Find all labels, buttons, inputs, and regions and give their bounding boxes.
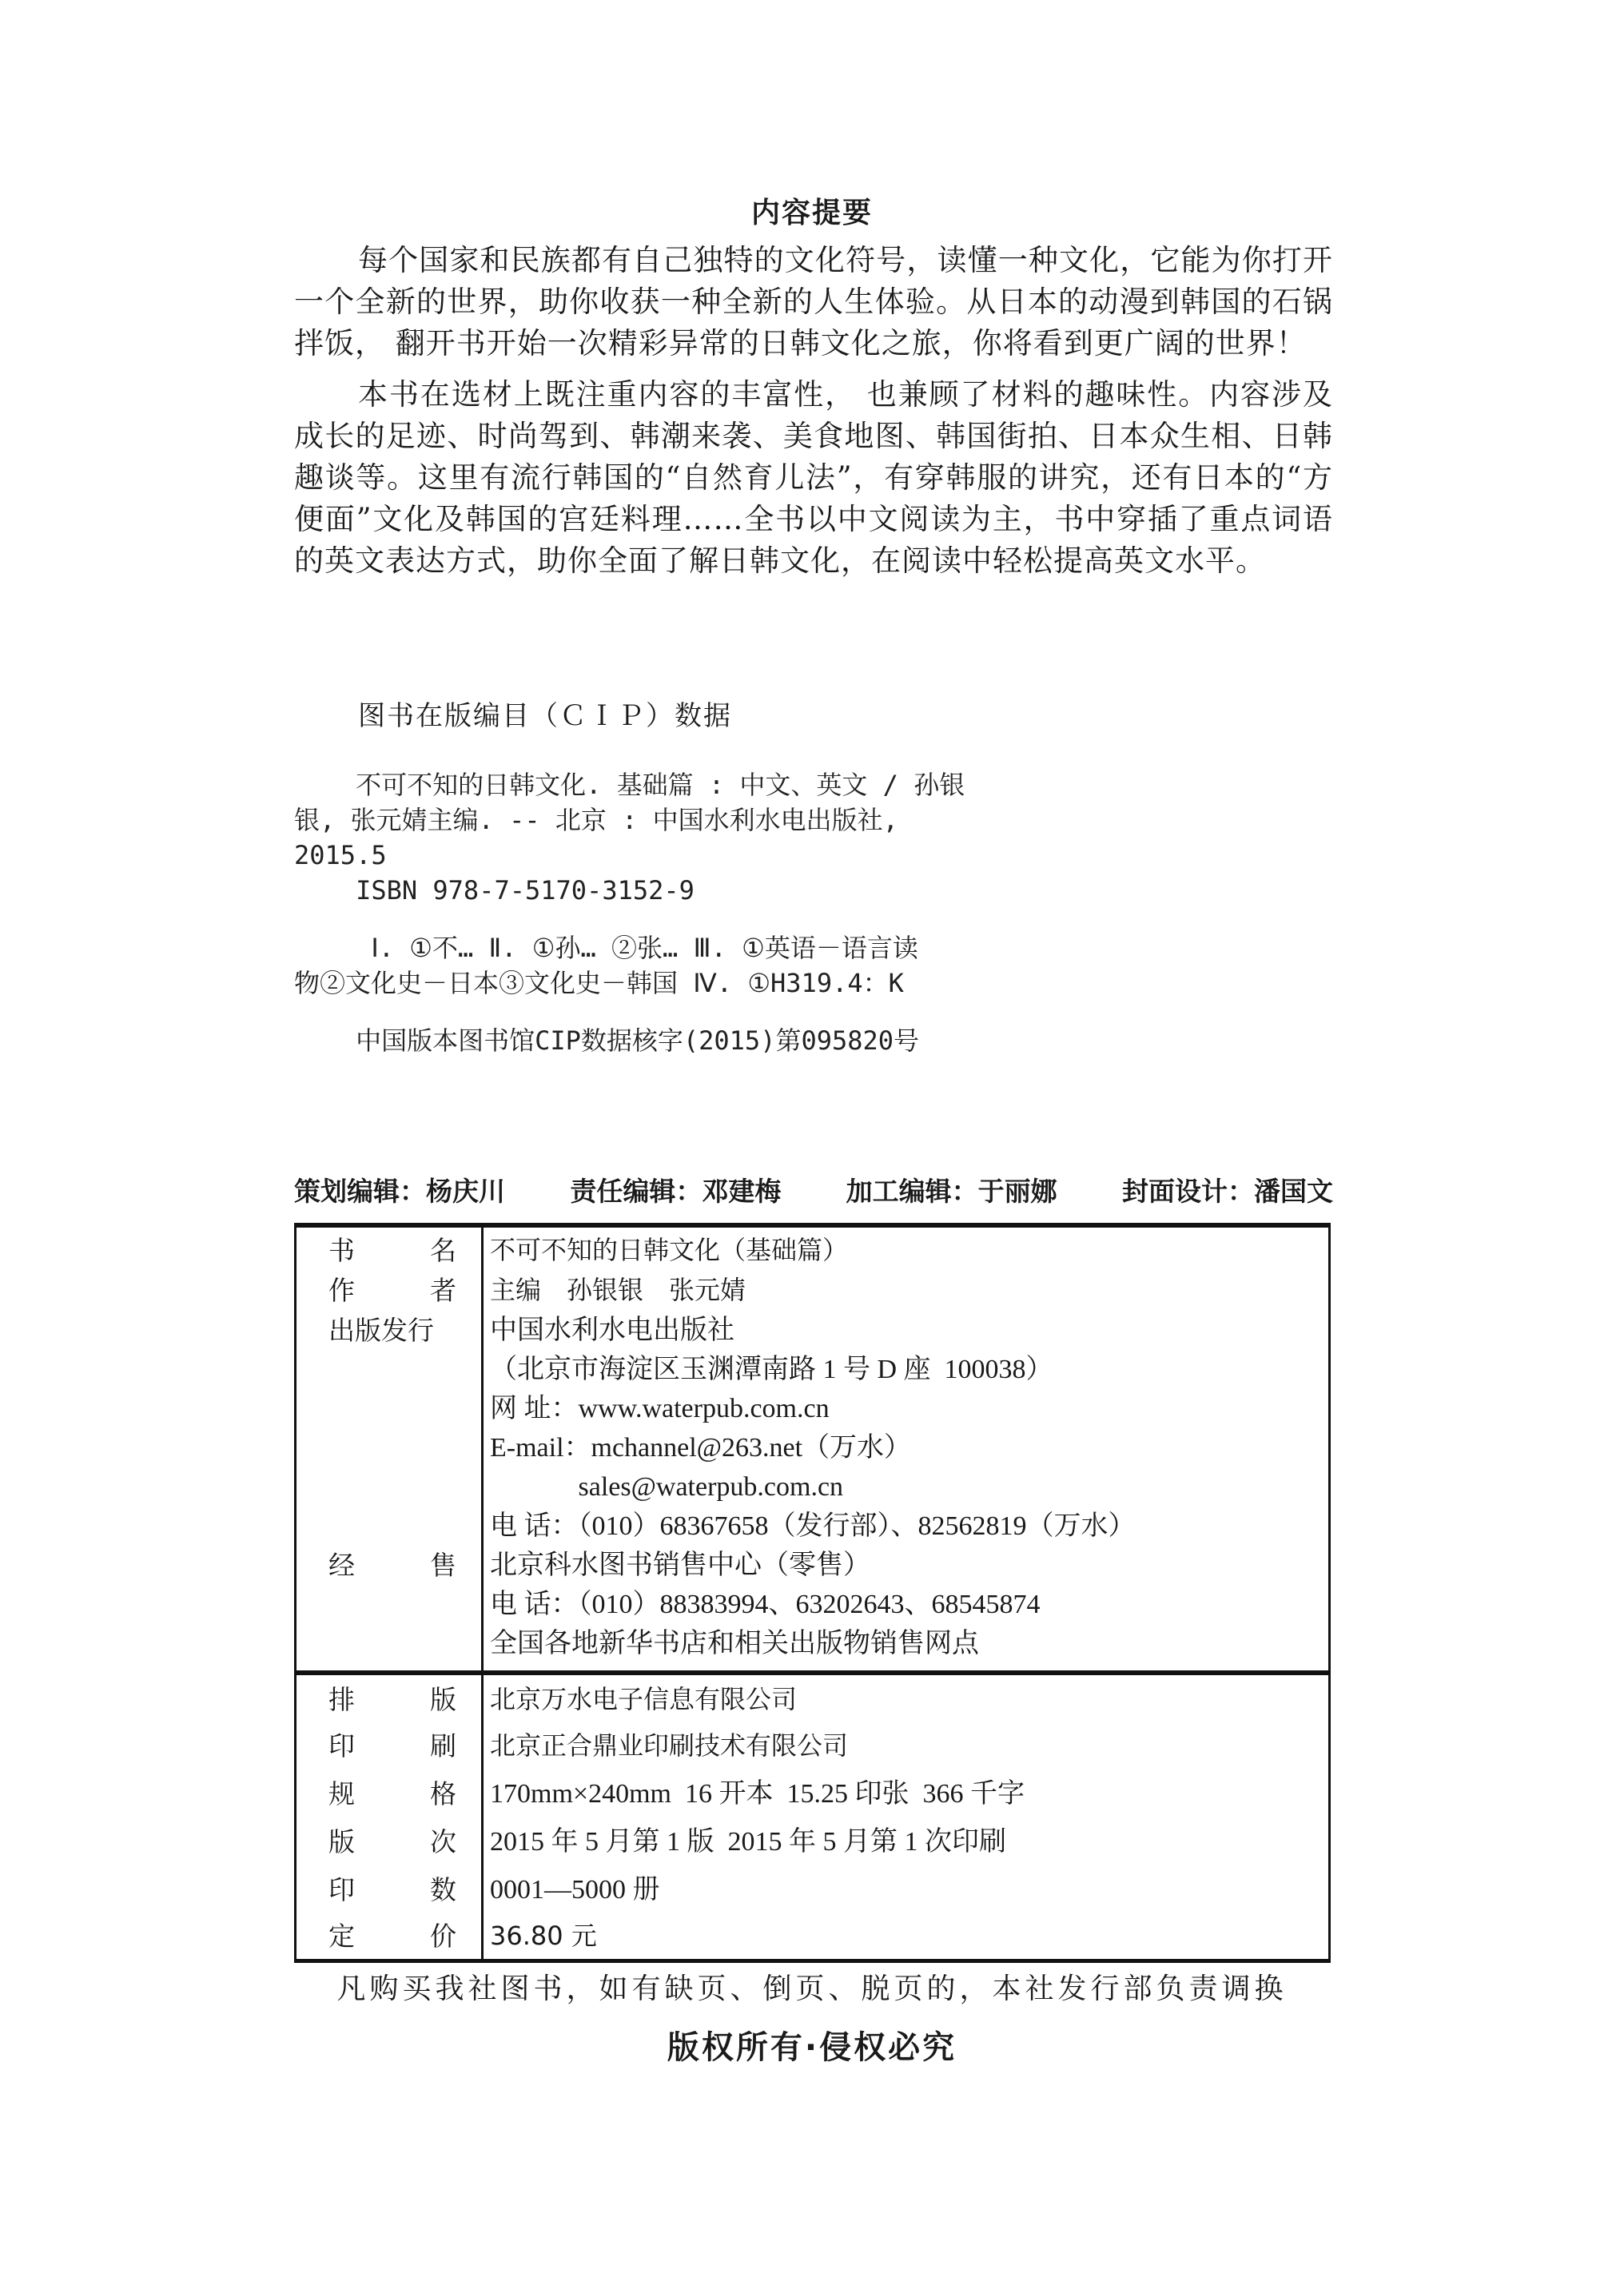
email-link[interactable]: E-mail：mchannel@263.net（万水） (490, 1428, 1320, 1467)
summary-title: 内容提要 (0, 190, 1624, 231)
editor-cover-design: 封面设计：潘国文 (1122, 1171, 1333, 1208)
summary-paragraph: 每个国家和民族都有自己独特的文化符号，读懂一种文化，它能为你打开一个全新的世界，… (294, 240, 1333, 364)
editor-planning: 策划编辑：杨庆川 (294, 1171, 505, 1208)
cip-isbn: ISBN 978-7-5170-3152-9 (294, 873, 1093, 908)
row-label: 出版发行 (328, 1311, 456, 1351)
website-link[interactable]: 网 址：www.waterpub.com.cn (490, 1389, 1320, 1428)
email-link[interactable]: sales@waterpub.com.cn (490, 1467, 1320, 1507)
distribution-value: 北京科水图书销售中心（零售） 电 话：（010）88383994、6320264… (490, 1546, 1320, 1663)
cip-approval-number: 中国版本图书馆CIP数据核字(2015)第095820号 (294, 1023, 1093, 1058)
cip-line: 不可不知的日韩文化. 基础篇 : 中文、英文 / 孙银 (294, 767, 1093, 802)
author-value: 主编 孙银银 张元婧 (490, 1271, 1320, 1310)
edition-value: 2015 年 5 月第 1 版 2015 年 5 月第 1 次印刷 (490, 1822, 1320, 1861)
row-label: 定价 (328, 1917, 456, 1957)
row-label: 印数 (328, 1870, 456, 1910)
summary-paragraph: 本书在选材上既注重内容的丰富性， 也兼顾了材料的趣味性。内容涉及成长的足迹、时尚… (294, 374, 1333, 582)
copyright-notice: 版权所有·侵权必究 (0, 2022, 1624, 2068)
colophon-table: 书名 不可不知的日韩文化（基础篇） 作者 主编 孙银银 张元婧 出版发行 中国水… (294, 1223, 1331, 1963)
price-value: 36.80 元 (490, 1917, 1320, 1956)
print-run-value: 0001—5000 册 (490, 1870, 1320, 1909)
editors-line: 策划编辑：杨庆川 责任编辑：邓建梅 加工编辑：于丽娜 封面设计：潘国文 (294, 1171, 1333, 1208)
column-divider (481, 1228, 484, 1959)
book-title-value: 不可不知的日韩文化（基础篇） (490, 1231, 1320, 1270)
row-label: 规格 (328, 1774, 456, 1814)
row-label: 排版 (328, 1680, 456, 1720)
row-label: 书名 (328, 1231, 456, 1271)
section-divider (297, 1670, 1328, 1675)
cip-record: 不可不知的日韩文化. 基础篇 : 中文、英文 / 孙银 银, 张元婧主编. --… (294, 767, 1093, 1058)
row-label: 版次 (328, 1822, 456, 1862)
row-label: 印刷 (328, 1726, 456, 1766)
cip-line: 2015.5 (294, 838, 1093, 873)
cip-classification: Ⅰ. ①不… Ⅱ. ①孙… ②张… Ⅲ. ①英语－语言读 (294, 930, 1093, 965)
publisher-value: 中国水利水电出版社 （北京市海淀区玉渊潭南路 1 号 D 座 100038） 网… (490, 1311, 1320, 1546)
typesetting-value: 北京万水电子信息有限公司 (490, 1680, 1320, 1719)
summary-body: 每个国家和民族都有自己独特的文化符号，读懂一种文化，它能为你打开一个全新的世界，… (294, 240, 1333, 591)
specs-value: 170mm×240mm 16 开本 15.25 印张 366 千字 (490, 1774, 1320, 1813)
cip-heading: 图书在版编目（ＣＩＰ）数据 (358, 694, 732, 733)
editor-responsible: 责任编辑：邓建梅 (570, 1171, 781, 1208)
row-label: 经售 (328, 1546, 456, 1586)
cip-classification: 物②文化史－日本③文化史－韩国 Ⅳ. ①H319.4：K (294, 965, 1093, 1001)
defect-exchange-notice: 凡购买我社图书，如有缺页、倒页、脱页的，本社发行部负责调换 (0, 1966, 1624, 2007)
printing-value: 北京正合鼎业印刷技术有限公司 (490, 1726, 1320, 1766)
row-label: 作者 (328, 1271, 456, 1311)
editor-processing: 加工编辑：于丽娜 (846, 1171, 1057, 1208)
cip-line: 银, 张元婧主编. -- 北京 : 中国水利水电出版社, (294, 802, 1093, 838)
